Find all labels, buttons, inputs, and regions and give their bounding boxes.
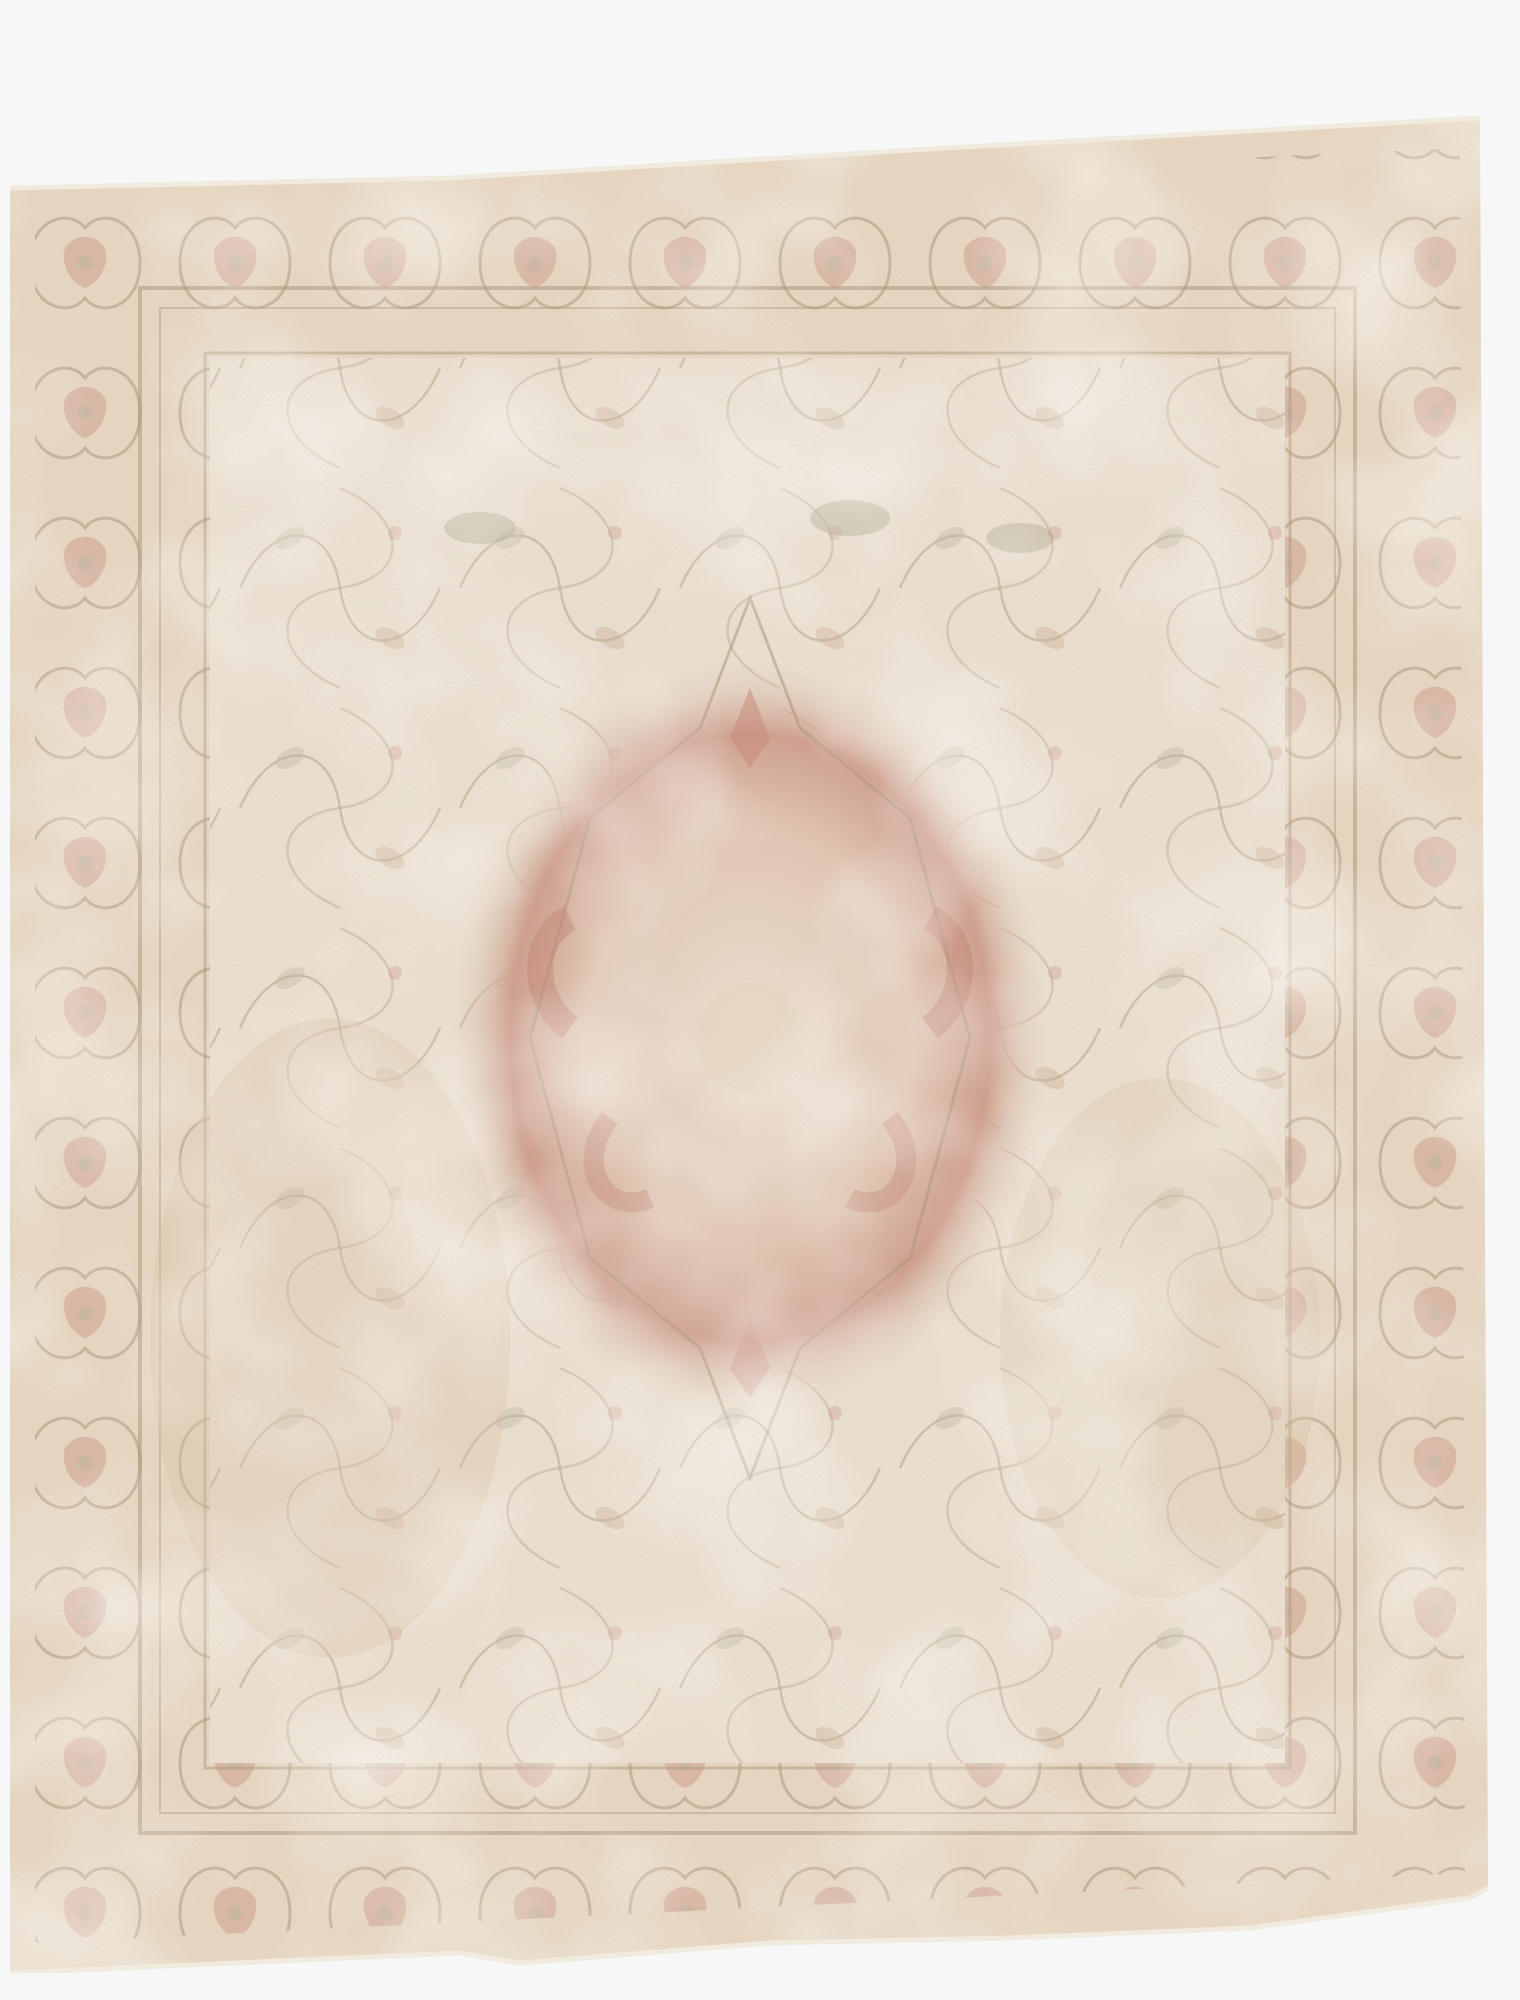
photo-scene xyxy=(0,0,1520,2000)
rug-illustration xyxy=(10,38,1490,1973)
rug xyxy=(10,38,1490,1973)
